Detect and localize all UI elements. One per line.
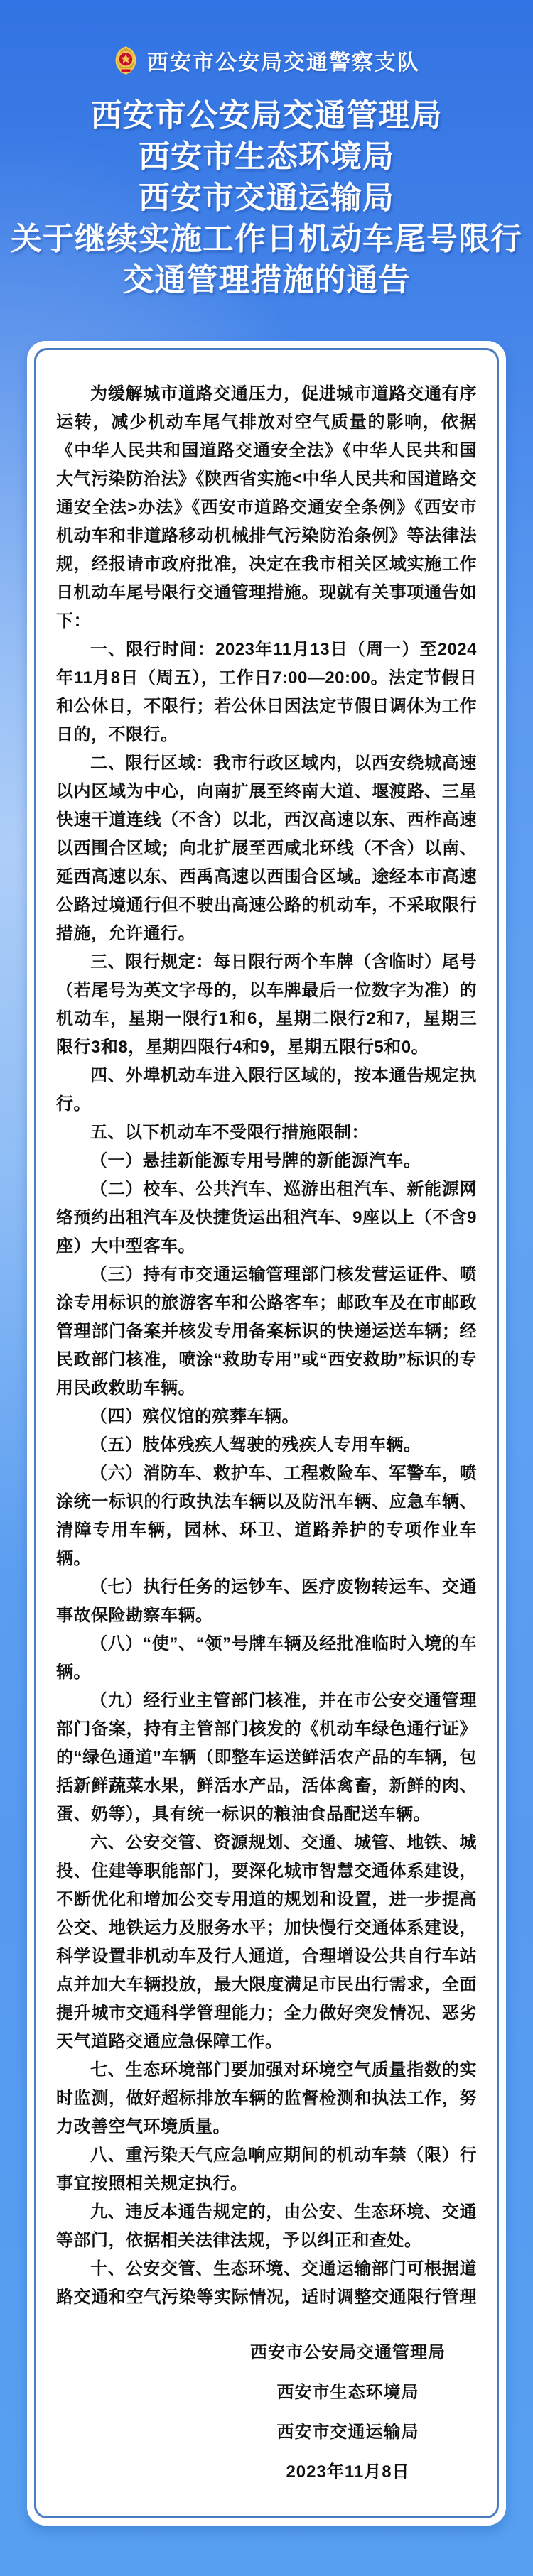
notice-paragraph: （三）持有市交通运输管理部门核发营运证件、喷涂专用标识的旅游客车和公路客车；邮政… <box>56 1261 477 1403</box>
signature-agency-3: 西安市交通运输局 <box>250 2413 446 2452</box>
signature-agency-2: 西安市生态环境局 <box>250 2373 446 2413</box>
notice-paragraph: 七、生态环境部门要加强对环境空气质量指数的实时监测，做好超标排放车辆的监督检测和… <box>56 2056 477 2141</box>
notice-paragraph: （七）执行任务的运钞车、医疗废物转运车、交通事故保险勘察车辆。 <box>56 1573 477 1630</box>
title-line-2: 西安市生态环境局 <box>0 136 533 178</box>
notice-page: 西安市公安局交通警察支队 西安市公安局交通管理局 西安市生态环境局 西安市交通运… <box>0 0 533 2576</box>
title-line-4: 关于继续实施工作日机动车尾号限行 <box>0 219 533 260</box>
notice-title: 西安市公安局交通管理局 西安市生态环境局 西安市交通运输局 关于继续实施工作日机… <box>0 95 533 301</box>
notice-paragraph: 四、外埠机动车进入限行区域的，按本通告规定执行。 <box>56 1062 477 1119</box>
notice-paragraph: 为缓解城市道路交通压力，促进城市道路交通有序运转，减少机动车尾气排放对空气质量的… <box>56 380 477 636</box>
department-name: 西安市公安局交通警察支队 <box>147 45 420 76</box>
notice-paragraph: 八、重污染天气应急响应期间的机动车禁（限）行事宜按照相关规定执行。 <box>56 2141 477 2198</box>
notice-paragraph: （九）经行业主管部门核准，并在市公安交通管理部门备案，持有主管部门核发的《机动车… <box>56 1687 477 1829</box>
notice-paragraph: （二）校车、公共汽车、巡游出租汽车、新能源网络预约出租汽车及快捷货运出租汽车、9… <box>56 1175 477 1261</box>
notice-paragraph: 一、限行时间：2023年11月13日（周一）至2024年11月8日（周五），工作… <box>56 636 477 749</box>
notice-card-border: 为缓解城市道路交通压力，促进城市道路交通有序运转，减少机动车尾气排放对空气质量的… <box>34 348 499 2518</box>
signature-agency-1: 西安市公安局交通管理局 <box>250 2333 446 2373</box>
notice-paragraph: 五、以下机动车不受限行措施限制： <box>56 1119 477 1147</box>
notice-paragraph: （一）悬挂新能源专用号牌的新能源汽车。 <box>56 1147 477 1175</box>
signature-block: 西安市公安局交通管理局 西安市生态环境局 西安市交通运输局 2023年11月8日 <box>250 2333 446 2492</box>
notice-paragraph: 六、公安交管、资源规划、交通、城管、地铁、城投、住建等职能部门，要深化城市智慧交… <box>56 1829 477 2056</box>
title-line-5: 交通管理措施的通告 <box>0 260 533 301</box>
title-line-1: 西安市公安局交通管理局 <box>0 95 533 136</box>
notice-paragraph: 十、公安交管、生态环境、交通运输部门可根据道路交通和空气污染等实际情况，适时调整… <box>56 2255 477 2313</box>
notice-body: 为缓解城市道路交通压力，促进城市道路交通有序运转，减少机动车尾气排放对空气质量的… <box>56 380 477 2313</box>
notice-paragraph: （六）消防车、救护车、工程救险车、军警车，喷涂统一标识的行政执法车辆以及防汛车辆… <box>56 1460 477 1573</box>
title-line-3: 西安市交通运输局 <box>0 178 533 219</box>
header: 西安市公安局交通警察支队 <box>0 0 533 77</box>
signature-date: 2023年11月8日 <box>250 2452 446 2492</box>
notice-paragraph: 九、违反本通告规定的，由公安、生态环境、交通等部门，依据相关法律法规，予以纠正和… <box>56 2198 477 2255</box>
notice-paragraph: （四）殡仪馆的殡葬车辆。 <box>56 1403 477 1431</box>
notice-paragraph: 三、限行规定：每日限行两个车牌（含临时）尾号（若尾号为英文字母的，以车牌最后一位… <box>56 948 477 1062</box>
notice-paragraph: （五）肢体残疾人驾驶的残疾人专用车辆。 <box>56 1431 477 1460</box>
notice-card: 为缓解城市道路交通压力，促进城市道路交通有序运转，减少机动车尾气排放对空气质量的… <box>27 341 506 2526</box>
police-badge-icon <box>113 45 139 75</box>
notice-paragraph: （八）“使”、“领”号牌车辆及经批准临时入境的车辆。 <box>56 1630 477 1687</box>
notice-paragraph: 二、限行区域：我市行政区域内，以西安绕城高速以内区域为中心，向南扩展至终南大道、… <box>56 749 477 948</box>
